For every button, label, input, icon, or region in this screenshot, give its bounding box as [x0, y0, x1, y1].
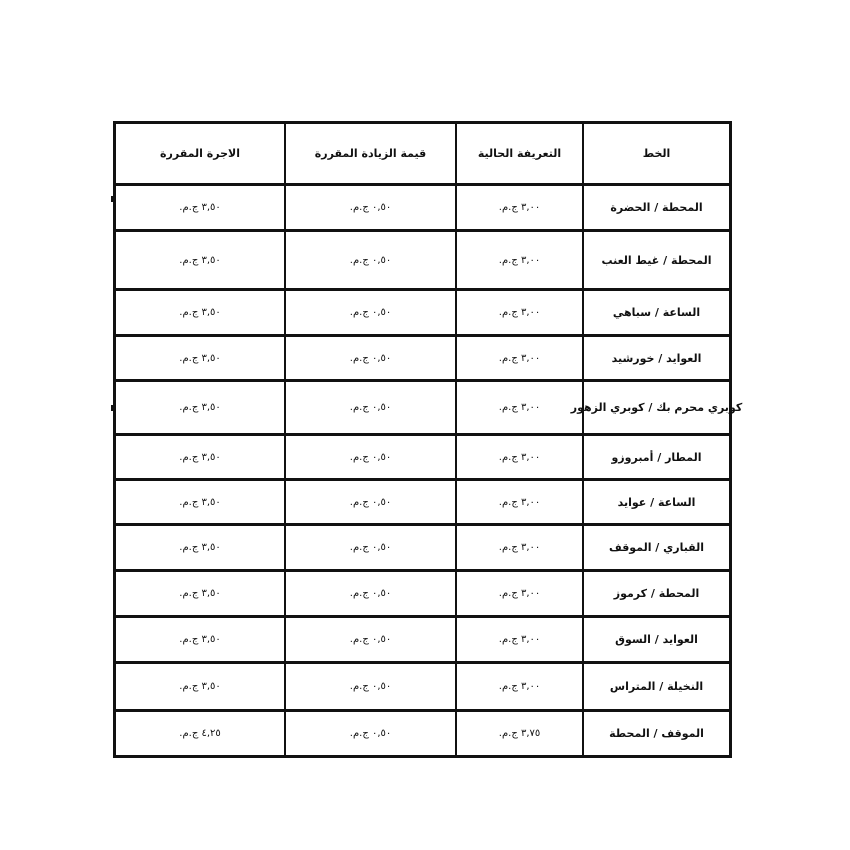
line-name: المحطة / غيط العنب [582, 232, 729, 288]
increase-value: ٠,٥٠ ج.م. [284, 712, 455, 755]
table-row: المحطة / الحضرة ٣,٠٠ ج.م. ٠,٥٠ ج.م. ٣,٥٠… [116, 183, 729, 229]
increase-value: ٠,٥٠ ج.م. [284, 436, 455, 478]
table-row: المحطة / كرموز ٣,٠٠ ج.م. ٠,٥٠ ج.م. ٣,٥٠ … [116, 569, 729, 615]
new-fare: ٣,٥٠ ج.م. [116, 436, 284, 478]
current-fare: ٣,٠٠ ج.م. [455, 436, 582, 478]
new-fare: ٤,٢٥ ج.م. [116, 712, 284, 755]
table-row: الساعة / سباهي ٣,٠٠ ج.م. ٠,٥٠ ج.م. ٣,٥٠ … [116, 288, 729, 334]
current-fare: ٣,٠٠ ج.م. [455, 572, 582, 615]
fare-table: الخط التعريفة الحالية قيمة الزيادة المقر… [113, 121, 732, 758]
new-fare: ٣,٥٠ ج.م. [116, 481, 284, 523]
increase-value: ٠,٥٠ ج.م. [284, 618, 455, 661]
new-fare: ٣,٥٠ ج.م. [116, 382, 284, 433]
increase-value: ٠,٥٠ ج.م. [284, 337, 455, 379]
new-fare: ٣,٥٠ ج.م. [116, 337, 284, 379]
table-row: العوايد / خورشيد ٣,٠٠ ج.م. ٠,٥٠ ج.م. ٣,٥… [116, 334, 729, 379]
new-fare: ٣,٥٠ ج.م. [116, 664, 284, 709]
line-name: الموقف / المحطة [582, 712, 729, 755]
header-increase: قيمة الزيادة المقررة [284, 124, 455, 183]
new-fare: ٣,٥٠ ج.م. [116, 291, 284, 334]
line-name: العوايد / السوق [582, 618, 729, 661]
current-fare: ٣,٠٠ ج.م. [455, 481, 582, 523]
table-row: العوايد / السوق ٣,٠٠ ج.م. ٠,٥٠ ج.م. ٣,٥٠… [116, 615, 729, 661]
table-header-row: الخط التعريفة الحالية قيمة الزيادة المقر… [116, 124, 729, 183]
table-row: كوبري محرم بك / كوبري الزهور ٣,٠٠ ج.م. ٠… [116, 379, 729, 433]
increase-value: ٠,٥٠ ج.م. [284, 664, 455, 709]
table-row: النخيلة / المتراس ٣,٠٠ ج.م. ٠,٥٠ ج.م. ٣,… [116, 661, 729, 709]
current-fare: ٣,٠٠ ج.م. [455, 618, 582, 661]
header-current-fare: التعريفة الحالية [455, 124, 582, 183]
new-fare: ٣,٥٠ ج.م. [116, 618, 284, 661]
new-fare: ٣,٥٠ ج.م. [116, 186, 284, 229]
table-row: القباري / الموقف ٣,٠٠ ج.م. ٠,٥٠ ج.م. ٣,٥… [116, 523, 729, 569]
table-row: الساعة / عوايد ٣,٠٠ ج.م. ٠,٥٠ ج.م. ٣,٥٠ … [116, 478, 729, 523]
line-name: المحطة / كرموز [582, 572, 729, 615]
current-fare: ٣,٠٠ ج.م. [455, 526, 582, 569]
line-name: النخيلة / المتراس [582, 664, 729, 709]
header-line: الخط [582, 124, 729, 183]
increase-value: ٠,٥٠ ج.م. [284, 481, 455, 523]
line-name: المحطة / الحضرة [582, 186, 729, 229]
increase-value: ٠,٥٠ ج.م. [284, 572, 455, 615]
current-fare: ٣,٠٠ ج.م. [455, 186, 582, 229]
new-fare: ٣,٥٠ ج.م. [116, 572, 284, 615]
current-fare: ٣,٠٠ ج.م. [455, 382, 582, 433]
table-row: المحطة / غيط العنب ٣,٠٠ ج.م. ٠,٥٠ ج.م. ٣… [116, 229, 729, 288]
increase-value: ٠,٥٠ ج.م. [284, 382, 455, 433]
new-fare: ٣,٥٠ ج.م. [116, 526, 284, 569]
increase-value: ٠,٥٠ ج.م. [284, 232, 455, 288]
increase-value: ٠,٥٠ ج.م. [284, 526, 455, 569]
current-fare: ٣,٠٠ ج.م. [455, 291, 582, 334]
current-fare: ٣,٠٠ ج.م. [455, 664, 582, 709]
header-new-fare: الاجرة المقررة [116, 124, 284, 183]
line-name: الساعة / عوايد [582, 481, 729, 523]
increase-value: ٠,٥٠ ج.م. [284, 186, 455, 229]
document-page: الخط التعريفة الحالية قيمة الزيادة المقر… [0, 0, 850, 850]
current-fare: ٣,٧٥ ج.م. [455, 712, 582, 755]
new-fare: ٣,٥٠ ج.م. [116, 232, 284, 288]
line-name: المطار / أمبروزو [582, 436, 729, 478]
increase-value: ٠,٥٠ ج.م. [284, 291, 455, 334]
table-row: المطار / أمبروزو ٣,٠٠ ج.م. ٠,٥٠ ج.م. ٣,٥… [116, 433, 729, 478]
line-name: القباري / الموقف [582, 526, 729, 569]
line-name: الساعة / سباهي [582, 291, 729, 334]
line-name: العوايد / خورشيد [582, 337, 729, 379]
line-name: كوبري محرم بك / كوبري الزهور [582, 382, 729, 433]
current-fare: ٣,٠٠ ج.م. [455, 337, 582, 379]
current-fare: ٣,٠٠ ج.م. [455, 232, 582, 288]
table-row: الموقف / المحطة ٣,٧٥ ج.م. ٠,٥٠ ج.م. ٤,٢٥… [116, 709, 729, 755]
